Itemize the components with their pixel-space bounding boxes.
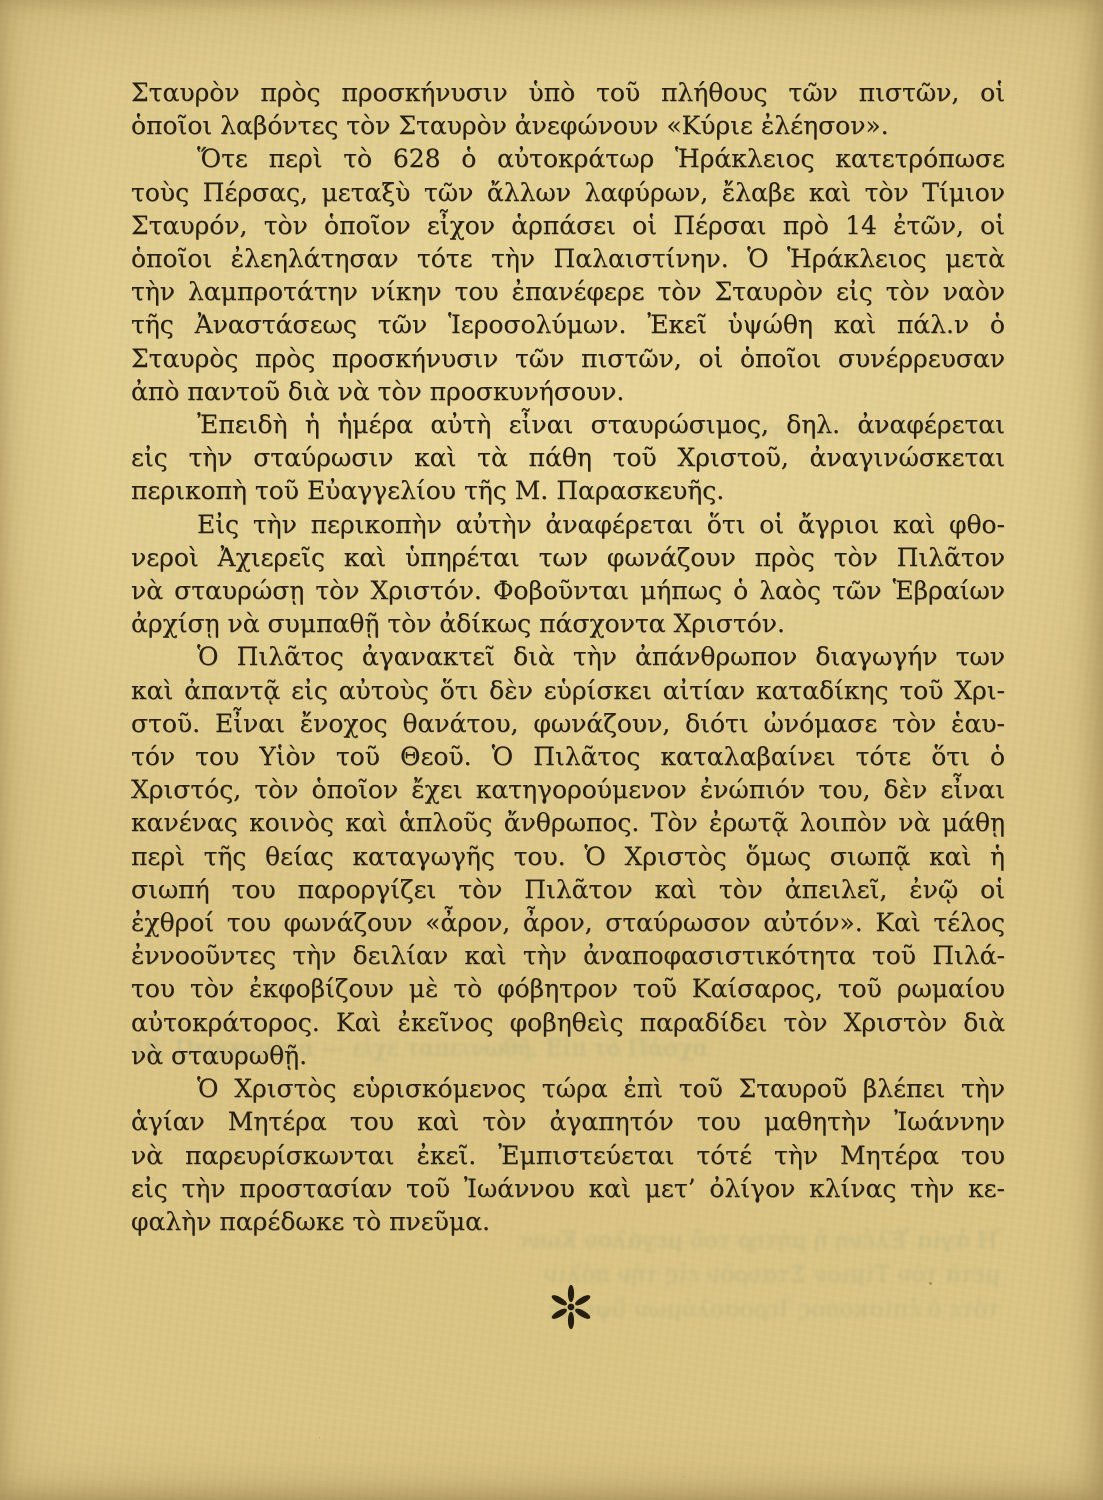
text-line: τοὺς Πέρσας, μεταξὺ τῶν ἄλλων λαφύρων, ἔ… xyxy=(131,176,1005,209)
text-line: νεροὶ Ἀχιερεῖς καὶ ὑπηρέται των φωνάζουν… xyxy=(131,541,1005,574)
text-line: καὶ ἀπαντᾷ εἰς αὐτοὺς ὅτι δὲν εὑρίσκει α… xyxy=(131,674,1005,707)
text-line: νὰ σταυρωθῇ. xyxy=(131,1039,1005,1072)
text-line: του τὸν ἐκφοβίζουν μὲ τὸ φόβητρον τοῦ Κα… xyxy=(131,972,1005,1005)
text-line: ἀπὸ παντοῦ διὰ νὰ τὸν προσκυνήσουν. xyxy=(131,375,1005,408)
text-line: ὁποῖοι ἐλεηλάτησαν τότε τὴν Παλαιστίνην.… xyxy=(131,242,1005,275)
asterisk-ornament xyxy=(546,1282,596,1332)
text-line: Χριστός, τὸν ὁποῖον ἔχει κατηγορούμενον … xyxy=(131,773,1005,806)
text-line: τὴν λαμπροτάτην νίκην του ἐπανέφερε τὸν … xyxy=(131,275,1005,308)
text-line: ἁγίαν Μητέρα του καὶ τὸν ἀγαπητόν του μα… xyxy=(131,1105,1005,1138)
text-line: τόν του Υἱὸν τοῦ Θεοῦ. Ὁ Πιλᾶτος καταλαβ… xyxy=(131,740,1005,773)
text-line: Ὁ Χριστὸς εὑρισκόμενος τώρα ἐπὶ τοῦ Σταυ… xyxy=(131,1072,1005,1105)
text-line: φαλὴν παρέδωκε τὸ πνεῦμα. xyxy=(131,1205,1005,1238)
scanned-page: καὶ ἡ θλῖψις τῆς μητρός του18. Περικοπήτ… xyxy=(0,0,1103,1500)
text-line: Εἰς τὴν περικοπὴν αὐτὴν ἀναφέρεται ὅτι ο… xyxy=(131,508,1005,541)
text-line: ἐχθροί του φωνάζουν «ἆρον, ἆρον, σταύρωσ… xyxy=(131,906,1005,939)
text-line: τῆς Ἀναστάσεως τῶν Ἱεροσολύμων. Ἐκεῖ ὑψώ… xyxy=(131,308,1005,341)
text-line: ἀρχίσῃ νὰ συμπαθῇ τὸν ἀδίκως πάσχοντα Χρ… xyxy=(131,607,1005,640)
text-line: περὶ τῆς θείας καταγωγῆς του. Ὁ Χριστὸς … xyxy=(131,840,1005,873)
text-line: περικοπὴ τοῦ Εὐαγγελίου τῆς Μ. Παρασκευῆ… xyxy=(131,474,1005,507)
text-line: νὰ παρευρίσκωνται ἐκεῖ. Ἐμπιστεύεται τότ… xyxy=(131,1139,1005,1172)
text-line: ὁποῖοι λαβόντες τὸν Σταυρὸν ἀνεφώνουν «Κ… xyxy=(131,109,1005,142)
page-text: Σταυρὸν πρὸς προσκήνυσιν ὑπὸ τοῦ πλήθους… xyxy=(131,76,1005,1238)
text-line: Ὅτε περὶ τὸ 628 ὁ αὐτοκράτωρ Ἡράκλειος κ… xyxy=(131,142,1005,175)
text-line: κανένας κοινὸς καὶ ἁπλοῦς ἄνθρωπος. Τὸν … xyxy=(131,806,1005,839)
text-line: Ὁ Πιλᾶτος ἀγανακτεῖ διὰ τὴν ἀπάνθρωπον δ… xyxy=(131,640,1005,673)
text-line: Σταυρόν, τὸν ὁποῖον εἶχον ἁρπάσει οἱ Πέρ… xyxy=(131,209,1005,242)
text-line: εἰς τὴν προστασίαν τοῦ Ἰωάννου καὶ μετ’ … xyxy=(131,1172,1005,1205)
text-line: Ἐπειδὴ ἡ ἡμέρα αὐτὴ εἶναι σταυρώσιμος, δ… xyxy=(131,408,1005,441)
text-line: εἰς τὴν σταύρωσιν καὶ τὰ πάθη τοῦ Χριστο… xyxy=(131,441,1005,474)
text-line: ἐννοοῦντες τὴν δειλίαν καὶ τὴν ἀναποφασι… xyxy=(131,939,1005,972)
text-line: σιωπή του παροργίζει τὸν Πιλᾶτον καὶ τὸν… xyxy=(131,873,1005,906)
text-line: στοῦ. Εἶναι ἔνοχος θανάτου, φωνάζουν, δι… xyxy=(131,707,1005,740)
text-line: αὐτοκράτορος. Καὶ ἐκεῖνος φοβηθεὶς παραδ… xyxy=(131,1006,1005,1039)
text-line: Σταυρὸς πρὸς προσκήνυσιν τῶν πιστῶν, οἱ … xyxy=(131,342,1005,375)
paper-specks xyxy=(0,0,3,3)
text-line: Σταυρὸν πρὸς προσκήνυσιν ὑπὸ τοῦ πλήθους… xyxy=(131,76,1005,109)
text-line: νὰ σταυρώσῃ τὸν Χριστόν. Φοβοῦνται μήπως… xyxy=(131,574,1005,607)
